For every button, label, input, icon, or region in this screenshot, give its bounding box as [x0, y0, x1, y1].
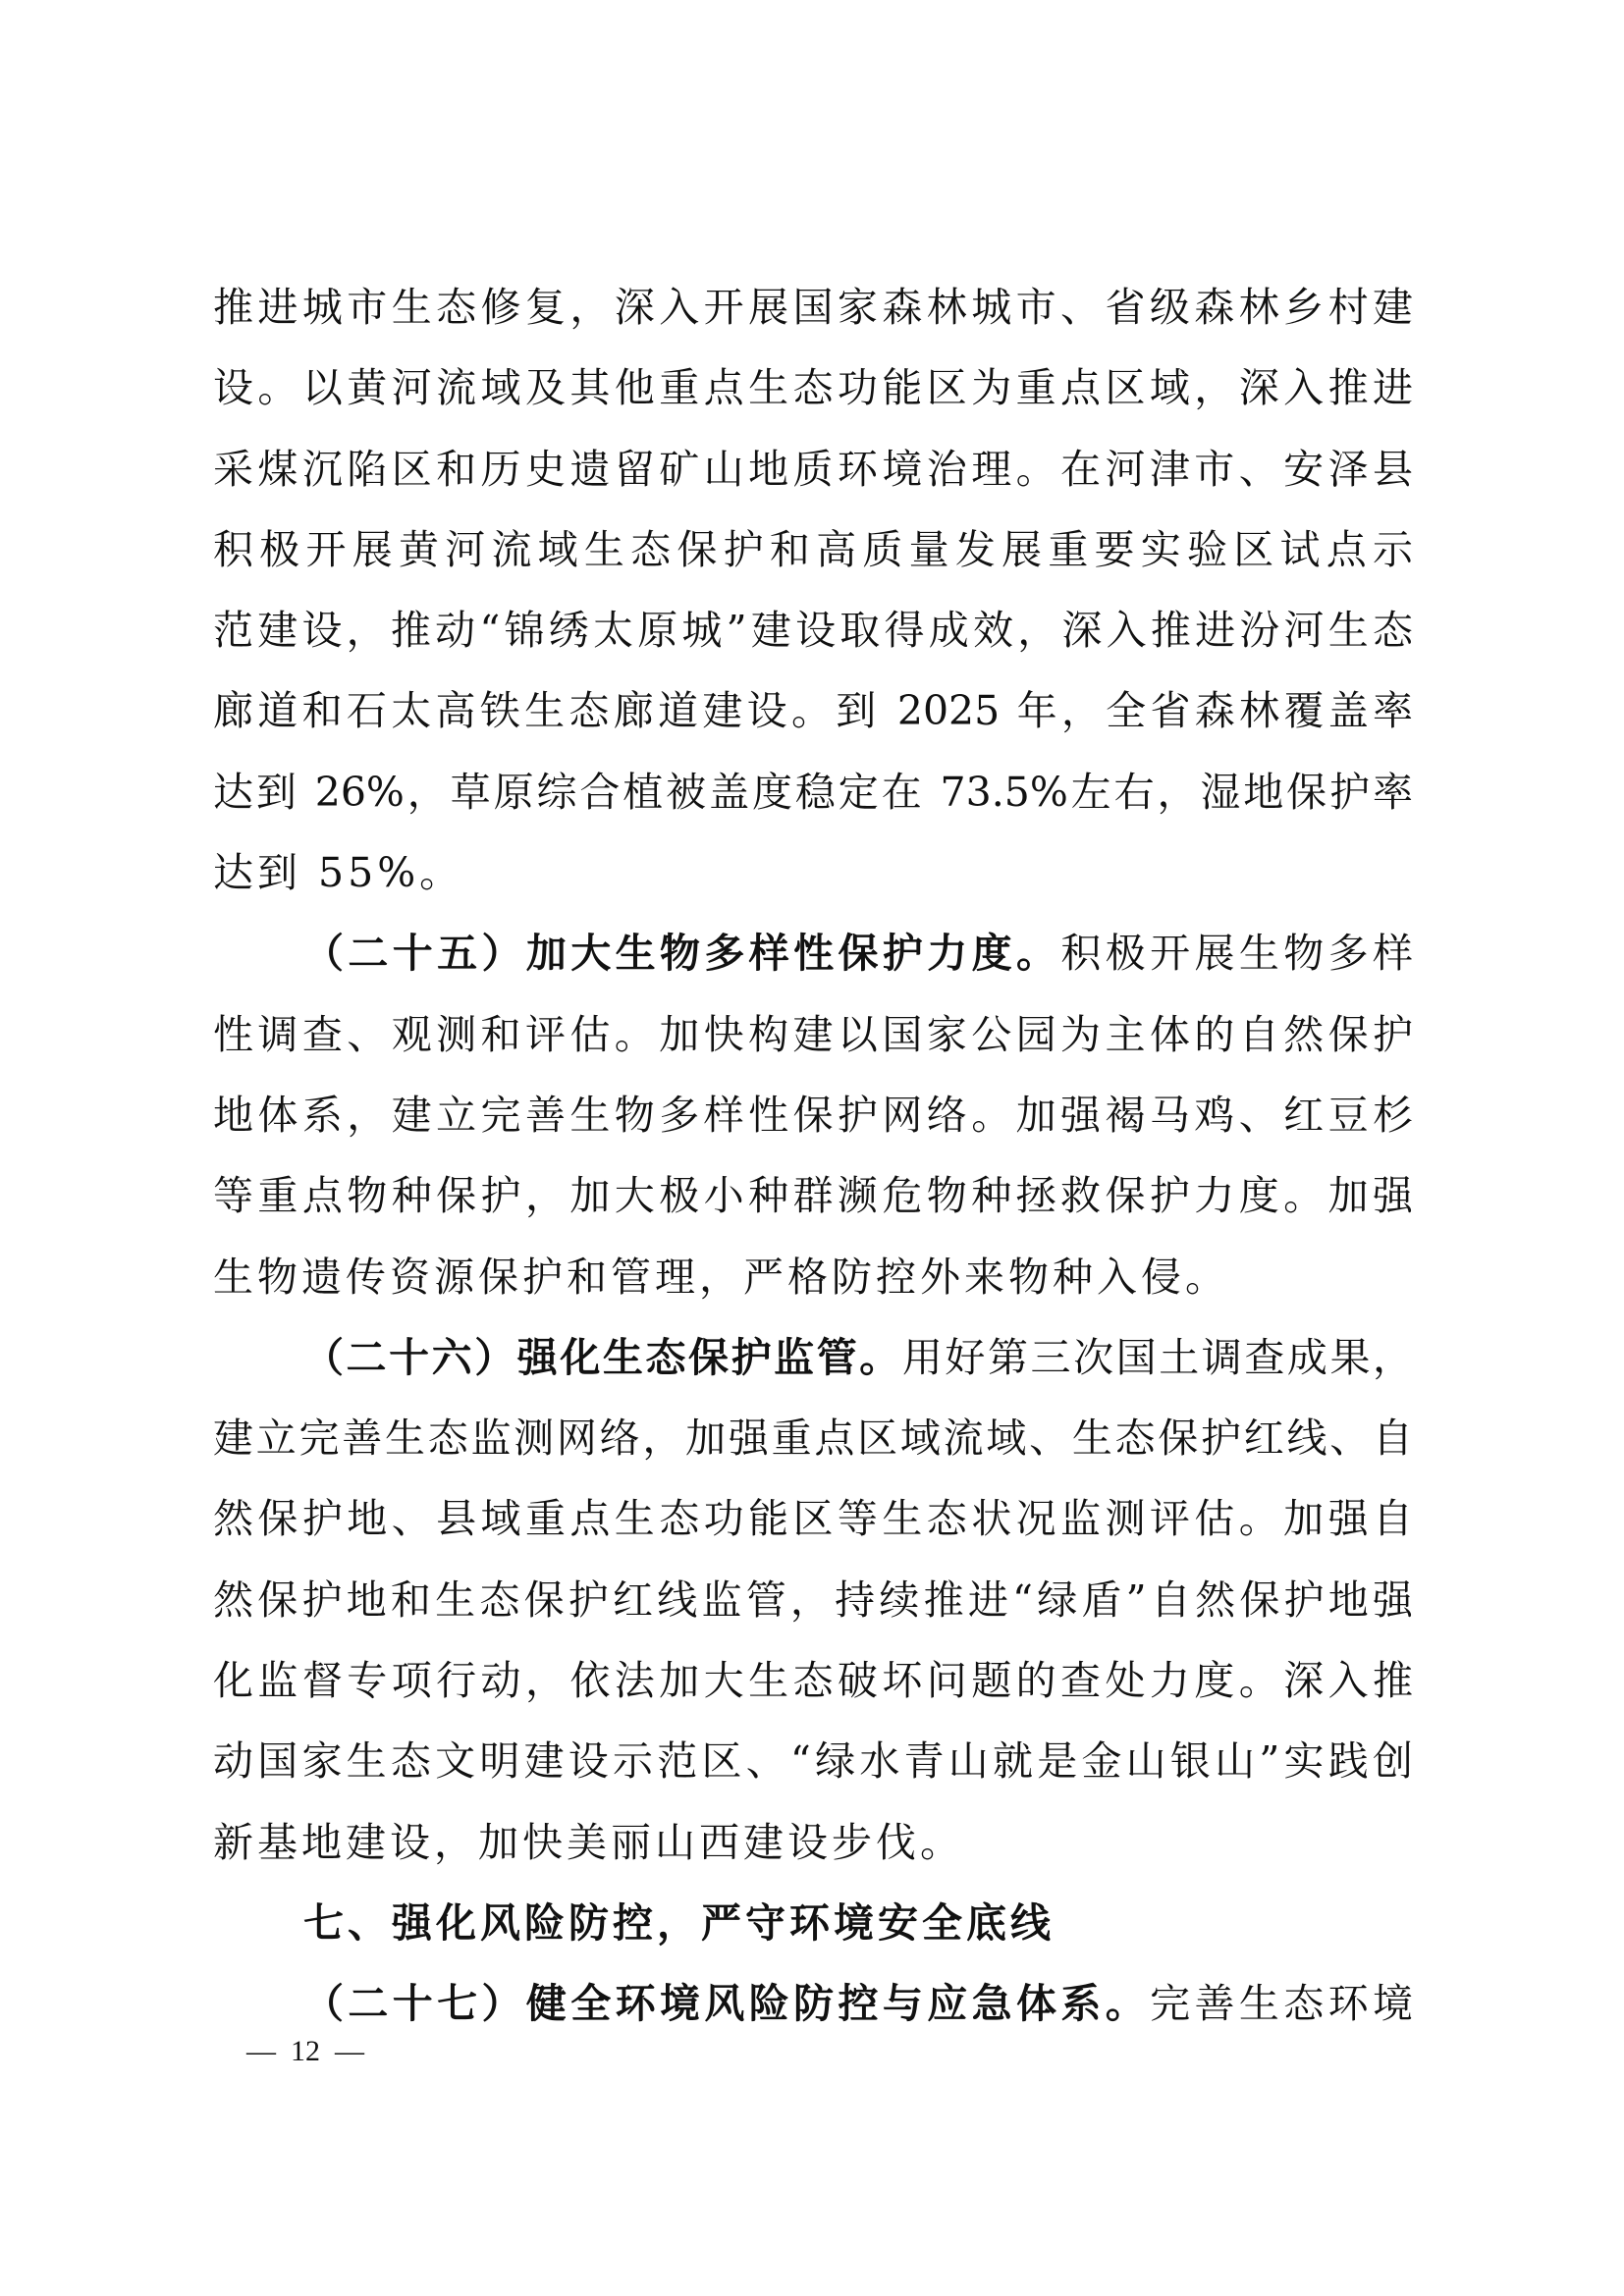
text-line: 地体系，建立完善生物多样性保护网络。加强褐马鸡、红豆杉 — [213, 1075, 1413, 1155]
text-line: 动国家生态文明建设示范区、“绿水青山就是金山银山”实践创 — [213, 1721, 1413, 1801]
text-line: 达到 55%。 — [213, 832, 1413, 913]
text-line: 建立完善生态监测网络，加强重点区域流域、生态保护红线、自 — [213, 1398, 1413, 1478]
text-line: 等重点物种保护，加大极小种群濒危物种拯救保护力度。加强 — [213, 1155, 1413, 1236]
text-line: 推进城市生态修复，深入开展国家森林城市、省级森林乡村建 — [213, 267, 1413, 347]
text-line: 生物遗传资源保护和管理，严格防控外来物种入侵。 — [213, 1237, 1413, 1317]
paragraph-26-ecological-supervision: （二十六）强化生态保护监管。用好第三次国土调查成果， 建立完善生态监测网络，加强… — [213, 1317, 1413, 1883]
text-line: 然保护地、县域重点生态功能区等生态状况监测评估。加强自 — [213, 1478, 1413, 1559]
first-line-rest: 用好第三次国土调查成果， — [902, 1334, 1413, 1381]
text-line: 化监督专项行动，依法加大生态破坏问题的查处力度。深入推 — [213, 1640, 1413, 1721]
text-line: 设。以黄河流域及其他重点生态功能区为重点区域，深入推进 — [213, 347, 1413, 428]
body-text: 推进城市生态修复，深入开展国家森林城市、省级森林乡村建 设。以黄河流域及其他重点… — [213, 267, 1413, 2045]
paragraph-continuation: 推进城市生态修复，深入开展国家森林城市、省级森林乡村建 设。以黄河流域及其他重点… — [213, 267, 1413, 913]
runin-heading-25: （二十五）加大生物多样性保护力度。 — [303, 930, 1060, 977]
page-number: — 12 — — [246, 2032, 364, 2071]
paragraph-27-risk-control: （二十七）健全环境风险防控与应急体系。完善生态环境 — [213, 1963, 1413, 2044]
text-line: 达到 26%，草原综合植被盖度稳定在 73.5%左右，湿地保护率 — [213, 752, 1413, 832]
section-heading-text: 七、强化风险防控，严守环境安全底线 — [213, 1883, 1413, 1963]
text-line-first: （二十五）加大生物多样性保护力度。积极开展生物多样 — [213, 913, 1413, 993]
text-line: 采煤沉陷区和历史遗留矿山地质环境治理。在河津市、安泽县 — [213, 429, 1413, 509]
text-line: 积极开展黄河流域生态保护和高质量发展重要实验区试点示 — [213, 509, 1413, 590]
text-line-first: （二十七）健全环境风险防控与应急体系。完善生态环境 — [213, 1963, 1413, 2044]
text-line-first: （二十六）强化生态保护监管。用好第三次国土调查成果， — [213, 1317, 1413, 1398]
first-line-rest: 完善生态环境 — [1150, 1980, 1413, 2027]
runin-heading-26: （二十六）强化生态保护监管。 — [303, 1334, 902, 1381]
text-line: 新基地建设，加快美丽山西建设步伐。 — [213, 1802, 1413, 1883]
paragraph-25-biodiversity: （二十五）加大生物多样性保护力度。积极开展生物多样 性调查、观测和评估。加快构建… — [213, 913, 1413, 1316]
first-line-rest: 积极开展生物多样 — [1060, 930, 1413, 977]
runin-heading-27: （二十七）健全环境风险防控与应急体系。 — [303, 1980, 1150, 2027]
text-line: 廊道和石太高铁生态廊道建设。到 2025 年，全省森林覆盖率 — [213, 670, 1413, 751]
document-page: 推进城市生态修复，深入开展国家森林城市、省级森林乡村建 设。以黄河流域及其他重点… — [0, 0, 1624, 2296]
section-heading-7: 七、强化风险防控，严守环境安全底线 — [213, 1883, 1413, 1963]
text-line: 然保护地和生态保护红线监管，持续推进“绿盾”自然保护地强 — [213, 1560, 1413, 1640]
text-line: 性调查、观测和评估。加快构建以国家公园为主体的自然保护 — [213, 994, 1413, 1075]
text-line: 范建设，推动“锦绣太原城”建设取得成效，深入推进汾河生态 — [213, 590, 1413, 670]
